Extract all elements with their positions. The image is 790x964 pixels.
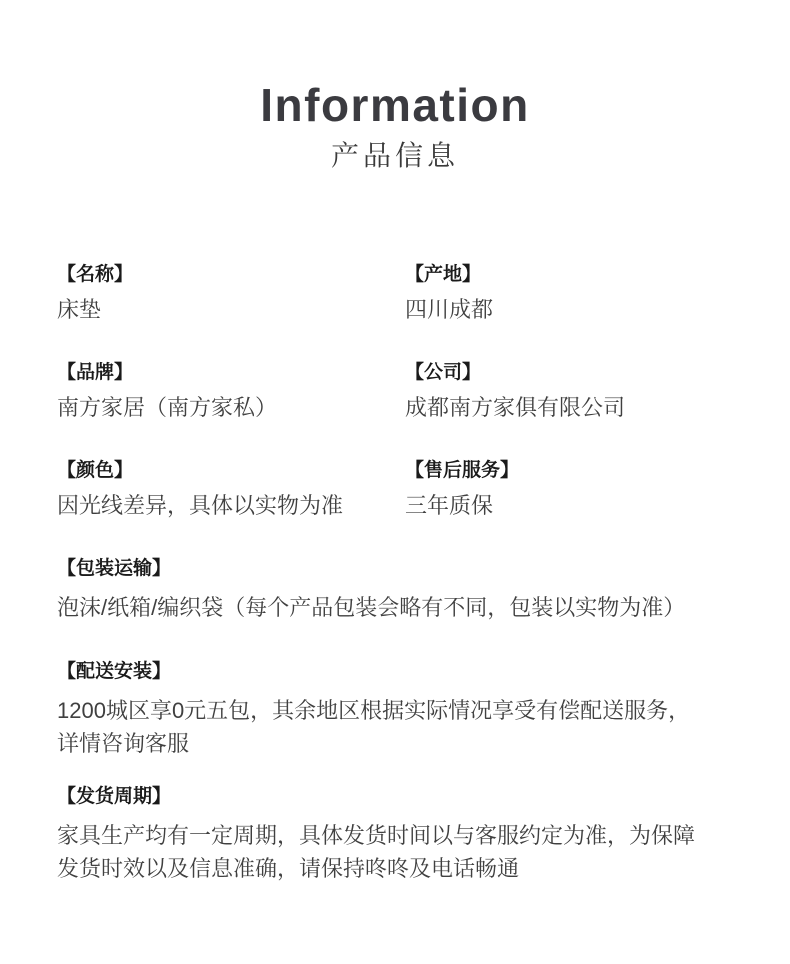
section-value: 1200城区享0元五包，其余地区根据实际情况享受有偿配送服务， 详情咨询客服 bbox=[57, 694, 733, 760]
field-color: 【颜色】 因光线差异，具体以实物为准 bbox=[57, 460, 405, 519]
product-information-page: Information 产品信息 【名称】 床垫 【产地】 四川成都 【品牌】 … bbox=[0, 0, 790, 964]
info-row-name-origin: 【名称】 床垫 【产地】 四川成都 bbox=[57, 264, 733, 323]
section-label: 【配送安装】 bbox=[57, 661, 733, 683]
section-value: 泡沫/纸箱/编织袋（每个产品包装会略有不同，包装以实物为准） bbox=[57, 591, 733, 624]
section-label: 【发货周期】 bbox=[57, 786, 733, 808]
field-value: 床垫 bbox=[57, 297, 405, 323]
field-company: 【公司】 成都南方家俱有限公司 bbox=[405, 362, 733, 421]
field-aftersales: 【售后服务】 三年质保 bbox=[405, 460, 733, 519]
field-value: 四川成都 bbox=[405, 297, 733, 323]
field-label: 【产地】 bbox=[405, 264, 733, 286]
field-value: 南方家居（南方家私） bbox=[57, 395, 405, 421]
page-subtitle: 产品信息 bbox=[0, 141, 790, 170]
field-value: 成都南方家俱有限公司 bbox=[405, 395, 733, 421]
field-name: 【名称】 床垫 bbox=[57, 264, 405, 323]
field-label: 【品牌】 bbox=[57, 362, 405, 384]
field-label: 【公司】 bbox=[405, 362, 733, 384]
section-value: 家具生产均有一定周期，具体发货时间以与客服约定为准，为保障 发货时效以及信息准确… bbox=[57, 819, 733, 885]
info-content: 【名称】 床垫 【产地】 四川成都 【品牌】 南方家居（南方家私） 【公司】 成… bbox=[0, 264, 790, 885]
field-label: 【颜色】 bbox=[57, 460, 405, 482]
section-packaging-shipping: 【包装运输】 泡沫/纸箱/编织袋（每个产品包装会略有不同，包装以实物为准） bbox=[57, 558, 733, 624]
section-delivery-installation: 【配送安装】 1200城区享0元五包，其余地区根据实际情况享受有偿配送服务， 详… bbox=[57, 661, 733, 760]
section-shipping-cycle: 【发货周期】 家具生产均有一定周期，具体发货时间以与客服约定为准，为保障 发货时… bbox=[57, 786, 733, 885]
info-row-brand-company: 【品牌】 南方家居（南方家私） 【公司】 成都南方家俱有限公司 bbox=[57, 362, 733, 421]
field-brand: 【品牌】 南方家居（南方家私） bbox=[57, 362, 405, 421]
info-row-color-aftersales: 【颜色】 因光线差异，具体以实物为准 【售后服务】 三年质保 bbox=[57, 460, 733, 519]
field-label: 【名称】 bbox=[57, 264, 405, 286]
field-label: 【售后服务】 bbox=[405, 460, 733, 482]
page-title: Information bbox=[0, 0, 790, 128]
section-label: 【包装运输】 bbox=[57, 558, 733, 580]
field-value: 因光线差异，具体以实物为准 bbox=[57, 493, 405, 519]
field-origin: 【产地】 四川成都 bbox=[405, 264, 733, 323]
field-value: 三年质保 bbox=[405, 493, 733, 519]
